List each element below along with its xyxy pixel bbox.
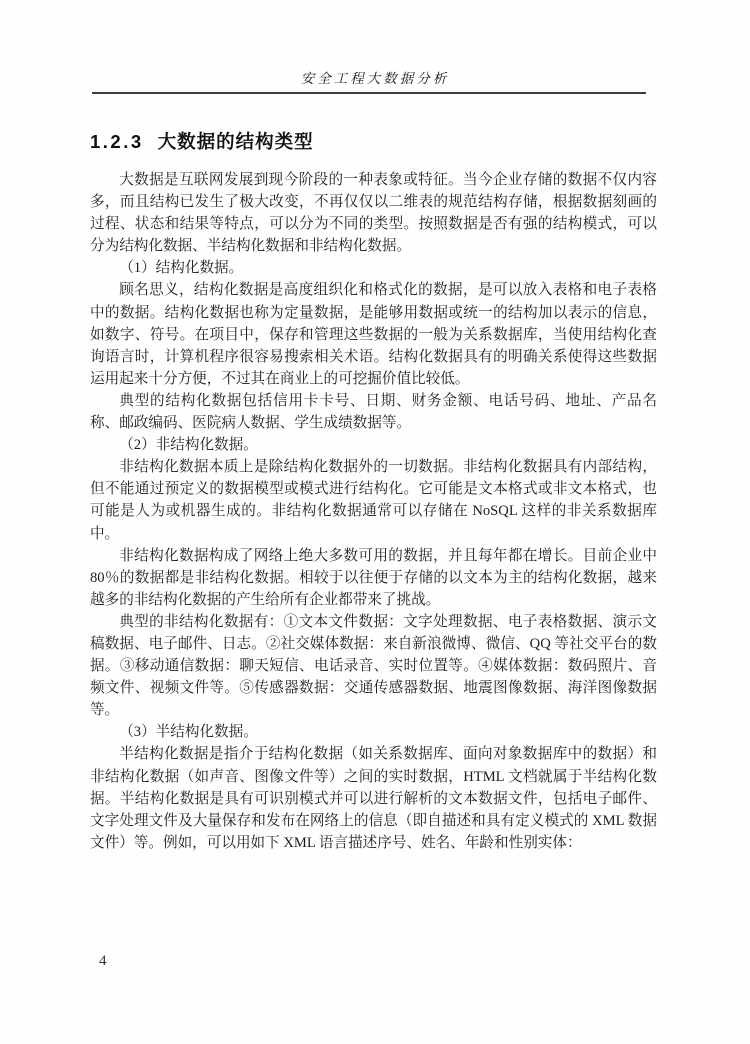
paragraph-item1-heading: （1）结构化数据。	[90, 257, 657, 279]
document-page: 安全工程大数据分析 1.2.3 大数据的结构类型 大数据是互联网发展到现今阶段的…	[0, 0, 750, 1044]
paragraph-intro: 大数据是互联网发展到现今阶段的一种表象或特征。当今企业存储的数据不仅内容多，而且…	[90, 169, 657, 257]
section-number: 1.2.3	[90, 131, 144, 153]
header-rule-divider	[92, 92, 646, 94]
section-heading: 1.2.3 大数据的结构类型	[90, 128, 657, 154]
paragraph-item3-heading: （3）半结构化数据。	[90, 721, 657, 743]
paragraph-unstructured-growth: 非结构化数据构成了网络上绝大多数可用的数据，并且每年都在增长。目前企业中80％的…	[90, 545, 657, 611]
paragraph-semistructured-desc: 半结构化数据是指介于结构化数据（如关系数据库、面向对象数据库中的数据）和非结构化…	[90, 743, 657, 853]
paragraph-unstructured-desc: 非结构化数据本质上是除结构化数据外的一切数据。非结构化数据具有内部结构，但不能通…	[90, 456, 657, 544]
paragraph-structured-examples: 典型的结构化数据包括信用卡卡号、日期、财务金额、电话号码、地址、产品名称、邮政编…	[90, 390, 657, 434]
paragraph-item2-heading: （2）非结构化数据。	[90, 434, 657, 456]
page-number: 4	[99, 953, 107, 970]
body-text: 大数据是互联网发展到现今阶段的一种表象或特征。当今企业存储的数据不仅内容多，而且…	[90, 169, 657, 854]
running-header: 安全工程大数据分析	[0, 67, 750, 87]
paragraph-unstructured-examples: 典型的非结构化数据有：①文本文件数据：文字处理数据、电子表格数据、演示文稿数据、…	[90, 611, 657, 721]
paragraph-structured-desc: 顾名思义，结构化数据是高度组织化和格式化的数据，是可以放入表格和电子表格中的数据…	[90, 279, 657, 389]
section-title: 大数据的结构类型	[158, 128, 314, 154]
